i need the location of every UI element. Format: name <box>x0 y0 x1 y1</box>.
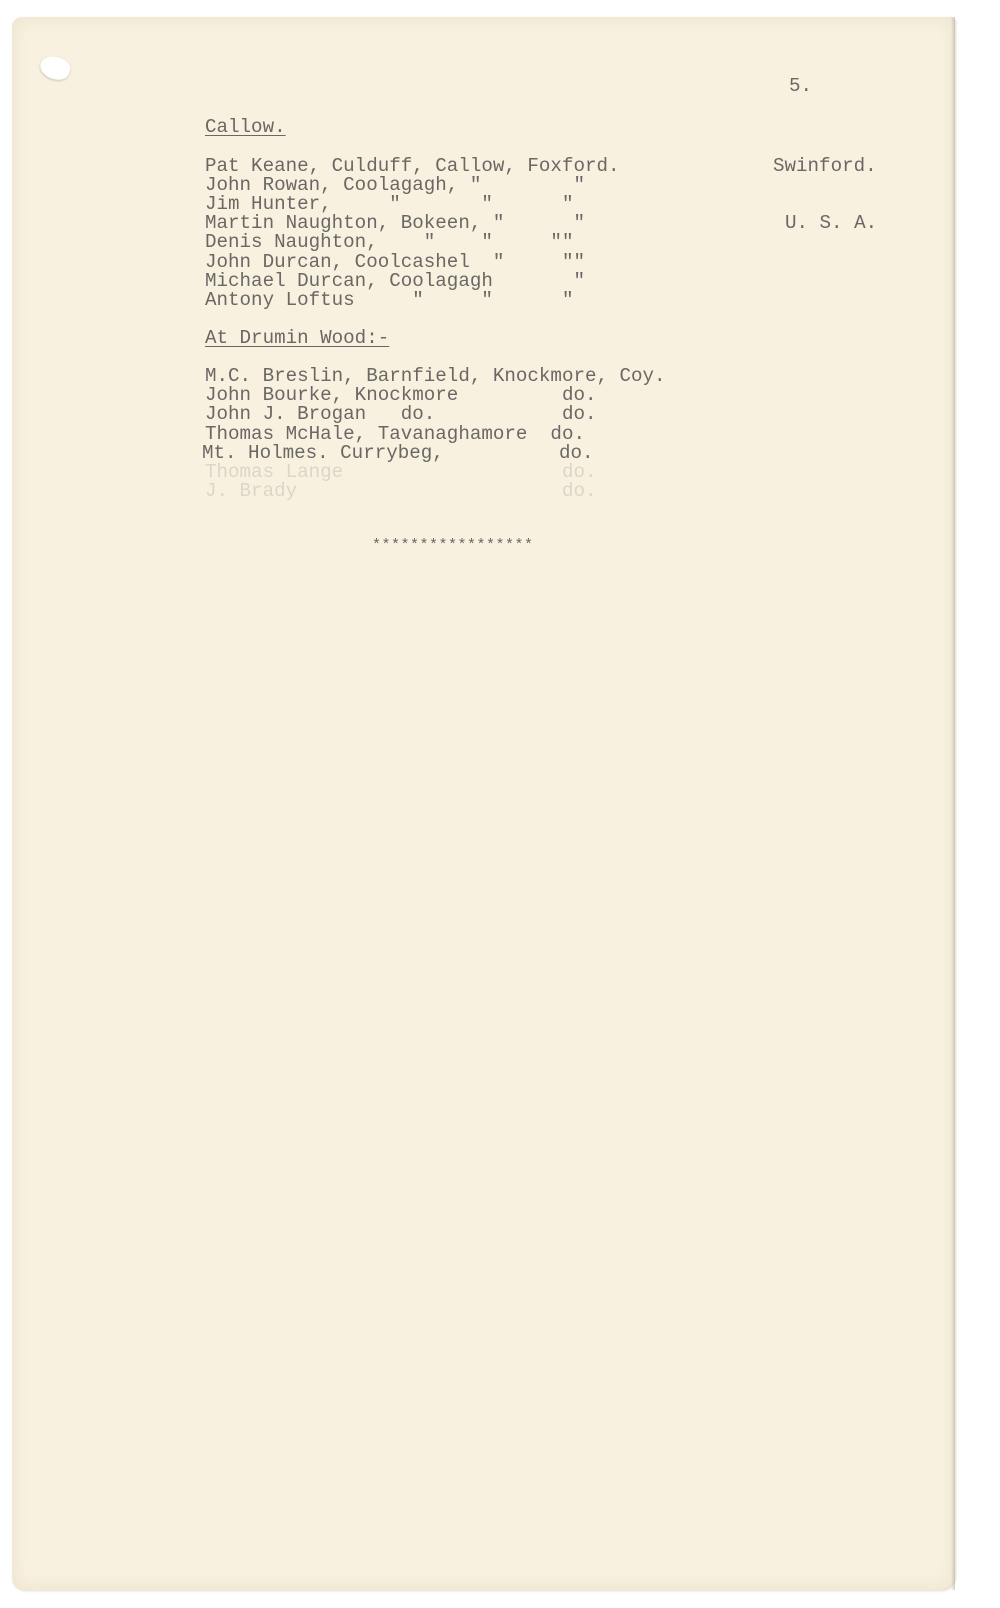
list-item: M.C. Breslin, Barnfield, Knockmore, Coy. <box>205 366 666 386</box>
page-number: 5. <box>789 76 812 96</box>
list-item: Antony Loftus " " " <box>205 290 573 310</box>
list-item: John Bourke, Knockmore do. <box>205 385 597 405</box>
list-item: John J. Brogan do. do. <box>205 404 597 424</box>
section-separator: ***************** <box>372 536 534 556</box>
list-item: Michael Durcan, Coolagagh " <box>205 271 585 291</box>
section-heading-drumin-wood: At Drumin Wood:- <box>205 328 389 348</box>
list-item: Mt. Holmes. Currybeg, do. <box>202 443 594 463</box>
list-item: Pat Keane, Culduff, Callow, Foxford. <box>205 156 620 176</box>
list-item-faded: J. Brady do. <box>205 481 597 501</box>
list-item: Jim Hunter, " " " <box>205 194 573 214</box>
list-item: Thomas McHale, Tavanaghamore do. <box>205 424 585 444</box>
section-heading-callow: Callow. <box>205 117 286 137</box>
list-item: John Durcan, Coolcashel " "" <box>205 252 585 272</box>
list-item: Denis Naughton, " " "" <box>205 232 573 252</box>
list-item: Martin Naughton, Bokeen, " " <box>205 213 585 233</box>
list-item-faded: Thomas Lange do. <box>205 462 597 482</box>
list-item: John Rowan, Coolagagh, " " <box>205 175 585 195</box>
list-item-note: Swinford. <box>773 156 877 176</box>
list-item-note: U. S. A. <box>785 213 877 233</box>
